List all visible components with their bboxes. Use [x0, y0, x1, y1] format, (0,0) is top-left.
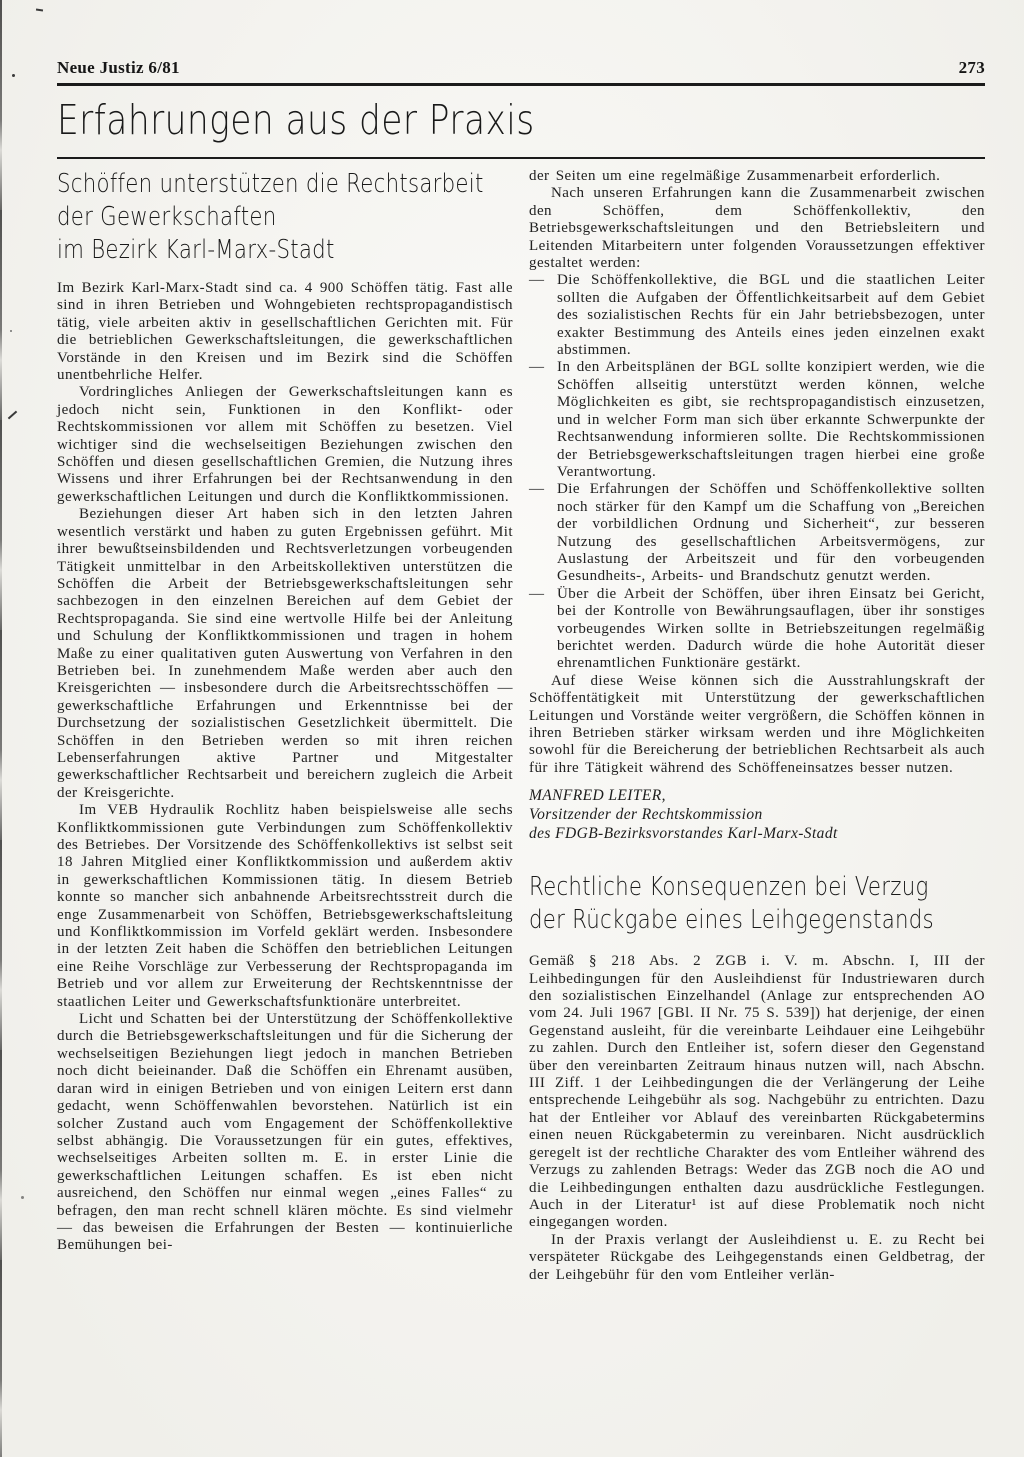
scan-artifact	[0, 0, 2, 1457]
section-title: Erfahrungen aus der Praxis	[57, 100, 985, 141]
paragraph: Vordringliches Anliegen der Gewerkschaft…	[57, 384, 513, 506]
author-org: des FDGB-Bezirksvorstandes Karl-Marx-Sta…	[529, 824, 985, 843]
bullet-item: — Über die Arbeit der Schöffen, über ihr…	[529, 586, 985, 673]
paragraph: Beziehungen dieser Art haben sich in den…	[57, 506, 513, 802]
header-rule	[57, 83, 985, 86]
author-role: Vorsitzender der Rechtskommission	[529, 805, 985, 824]
bullet-item: — Die Schöffenkollektive, die BGL und di…	[529, 272, 985, 359]
right-column: der Seiten um eine regelmäßige Zusammena…	[529, 168, 985, 1284]
article1-title-line: Schöffen unterstützen die Rechtsarbeit	[57, 168, 431, 201]
article2-title-line: Rechtliche Konsequenzen bei Verzug	[529, 871, 903, 904]
article2-title: Rechtliche Konsequenzen bei Verzug der R…	[529, 871, 985, 937]
scan-artifact	[12, 74, 15, 77]
bullet-dash: —	[529, 481, 557, 585]
paragraph: der Seiten um eine regelmäßige Zusammena…	[529, 168, 985, 185]
paragraph: Über die Arbeit der Schöffen, über ihren…	[557, 586, 985, 673]
section-title-text: Erfahrungen aus der Praxis	[57, 100, 535, 141]
section-rule	[57, 157, 985, 159]
article1-title-line: der Gewerkschaften	[57, 201, 431, 234]
scan-artifact	[21, 1196, 24, 1199]
paragraph: Gemäß § 218 Abs. 2 ZGB i. V. m. Abschn. …	[529, 953, 985, 1232]
article2-title-line: der Rückgabe eines Leihgegenstands	[529, 904, 903, 937]
bullet-dash: —	[529, 586, 557, 673]
paragraph: Licht und Schatten bei der Unterstützung…	[57, 1011, 513, 1255]
paragraph: Im Bezirk Karl-Marx-Stadt sind ca. 4 900…	[57, 280, 513, 384]
two-column-layout: Schöffen unterstützen die Rechtsarbeit d…	[57, 168, 985, 1284]
bullet-dash: —	[529, 359, 557, 481]
bullet-item: — In den Arbeitsplänen der BGL sollte ko…	[529, 359, 985, 481]
journal-title: Neue Justiz 6/81	[57, 58, 180, 78]
author-name: MANFRED LEITER,	[529, 786, 985, 805]
page-header: Neue Justiz 6/81 273	[57, 58, 985, 78]
bullet-dash: —	[529, 272, 557, 359]
article1-title-line: im Bezirk Karl-Marx-Stadt	[57, 234, 431, 267]
scan-artifact	[36, 9, 43, 12]
paragraph: Die Erfahrungen der Schöffen und Schöffe…	[557, 481, 985, 585]
article1-title: Schöffen unterstützen die Rechtsarbeit d…	[57, 168, 513, 267]
paragraph: In der Praxis verlangt der Ausleihdienst…	[529, 1232, 985, 1284]
journal-page: Neue Justiz 6/81 273 Erfahrungen aus der…	[0, 0, 1024, 1457]
paragraph: Im VEB Hydraulik Rochlitz haben beispiel…	[57, 802, 513, 1011]
left-column: Schöffen unterstützen die Rechtsarbeit d…	[57, 168, 513, 1284]
scan-artifact	[8, 411, 18, 420]
paragraph: Nach unseren Erfahrungen kann die Zusamm…	[529, 185, 985, 272]
paragraph: In den Arbeitsplänen der BGL sollte konz…	[557, 359, 985, 481]
bullet-item: — Die Erfahrungen der Schöffen und Schöf…	[529, 481, 985, 585]
scan-artifact	[10, 330, 12, 332]
paragraph: Die Schöffenkollektive, die BGL und die …	[557, 272, 985, 359]
author-block: MANFRED LEITER, Vorsitzender der Rechtsk…	[529, 786, 985, 843]
page-number: 273	[959, 58, 985, 78]
paragraph: Auf diese Weise können sich die Ausstrah…	[529, 673, 985, 777]
